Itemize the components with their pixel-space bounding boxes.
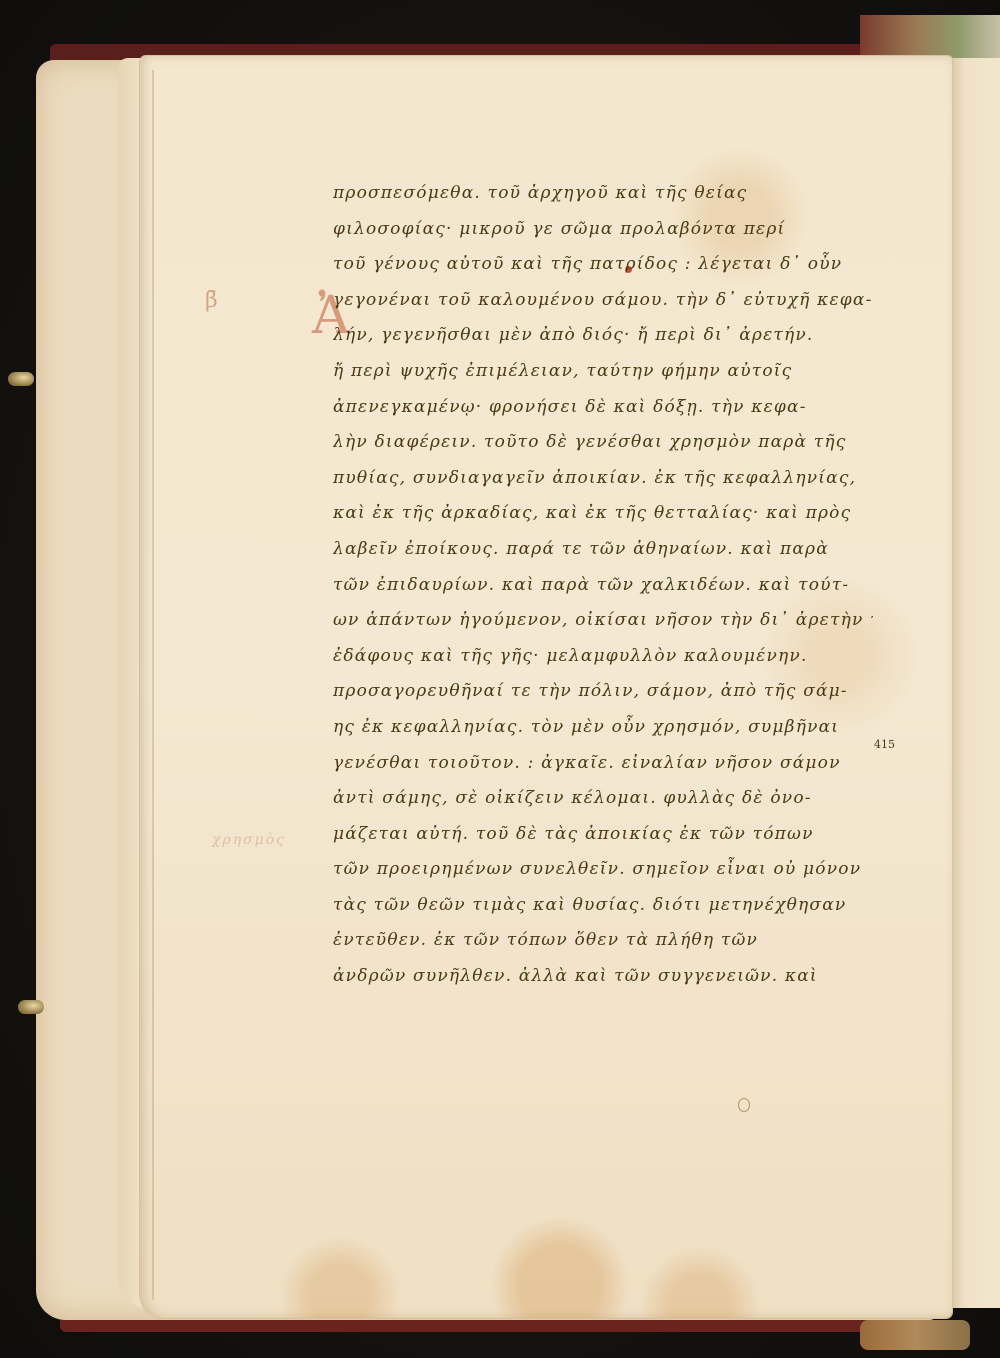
quire-mark: β̄ — [205, 288, 218, 313]
text-line: τῶν προειρημένων συνελθεῖν. σημεῖον εἶνα… — [333, 852, 873, 888]
text-block: προσπεσόμεθα. τοῦ ἀρχηγοῦ καὶ τῆς θείας … — [333, 176, 873, 995]
text-line: γενέσθαι τοιοῦτον. : ἀγκαῖε. εἰναλίαν νῆ… — [333, 746, 873, 782]
clasp-pin-upper — [8, 372, 34, 386]
text-line: ἤ περὶ ψυχῆς ἐπιμέλειαν, ταύτην φήμην αὐ… — [333, 354, 873, 390]
text-line: λαβεῖν ἐποίκους. παρά τε τῶν ἀθηναίων. κ… — [333, 532, 873, 568]
catchword-mark — [738, 1098, 750, 1112]
text-line: τοῦ γένους αὐτοῦ καὶ τῆς πατρίδος : λέγε… — [333, 247, 873, 283]
text-line: λὴν διαφέρειν. τοῦτο δὲ γενέσθαι χρησμὸν… — [333, 425, 873, 461]
line-number-annotation: 415 — [874, 738, 895, 751]
text-line: πυθίας, συνδιαγαγεῖν ἀποικίαν. ἐκ τῆς κε… — [333, 461, 873, 497]
text-line: προσαγορευθῆναί τε τὴν πόλιν, σάμον, ἀπὸ… — [333, 674, 873, 710]
text-line: ων ἁπάντων ἡγούμενον, οἰκίσαι νῆσον τὴν … — [333, 603, 873, 639]
text-line: ἐδάφους καὶ τῆς γῆς· μελαμφυλλὸν καλουμέ… — [333, 639, 873, 675]
page-fold-line — [152, 70, 154, 1300]
tailband-ties — [860, 1320, 970, 1350]
text-line: ἀντὶ σάμης, σὲ οἰκίζειν κέλομαι. φυλλὰς … — [333, 781, 873, 817]
text-line: ἐντεῦθεν. ἐκ τῶν τόπων ὅθεν τὰ πλήθη τῶν — [333, 923, 873, 959]
text-line: ἀνδρῶν συνῆλθεν. ἀλλὰ καὶ τῶν συγγενειῶν… — [333, 959, 873, 995]
binding-cover-bottom — [60, 1320, 960, 1332]
text-line: ἀπενεγκαμένῳ· φρονήσει δὲ καὶ δόξῃ. τὴν … — [333, 390, 873, 426]
text-line: προσπεσόμεθα. τοῦ ἀρχηγοῦ καὶ τῆς θείας — [333, 176, 873, 212]
text-line: καὶ ἐκ τῆς ἀρκαδίας, καὶ ἐκ τῆς θετταλία… — [333, 496, 873, 532]
marginal-note: χρησμὸς — [212, 832, 286, 848]
text-line: τῶν ἐπιδαυρίων. καὶ παρὰ τῶν χαλκιδέων. … — [333, 568, 873, 604]
text-line: φιλοσοφίας· μικροῦ γε σῶμα προλαβόντα πε… — [333, 212, 873, 248]
text-line: ης ἐκ κεφαλληνίας. τὸν μὲν οὖν χρησμόν, … — [333, 710, 873, 746]
text-line: τὰς τῶν θεῶν τιμὰς καὶ θυσίας. διότι μετ… — [333, 888, 873, 924]
text-line: μάζεται αὐτή. τοῦ δὲ τὰς ἀποικίας ἐκ τῶν… — [333, 817, 873, 853]
facing-leaf-edge — [950, 58, 1000, 1308]
clasp-pin-lower — [18, 1000, 44, 1014]
text-line: γεγονέναι τοῦ καλουμένου σάμου. τὴν δ᾽ ε… — [333, 283, 873, 319]
text-line: λήν, γεγενῆσθαι μὲν ἀπὸ διός· ἤ περὶ δι᾽… — [333, 318, 873, 354]
